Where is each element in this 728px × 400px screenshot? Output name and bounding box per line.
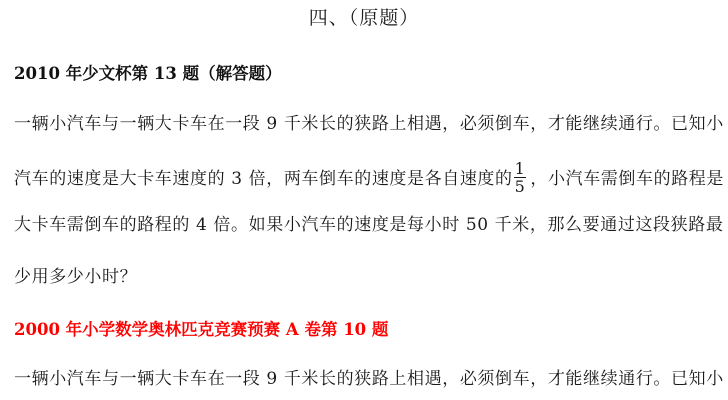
- document-page: 四、（原题） 2010 年少文杯第 13 题（解答题） 一辆小汽车与一辆大卡车在…: [0, 0, 728, 400]
- problem-text-line-with-fraction: 汽车的速度是大卡车速度的 3 倍，两车倒车的速度是各自速度的15，小汽车需倒车的…: [14, 162, 724, 197]
- fraction-denominator: 5: [514, 178, 527, 195]
- text-segment: ，小汽车需倒车的路程是: [530, 169, 724, 189]
- problem-heading-2000: 2000 年小学数学奥林匹克竞赛预赛 A 卷第 10 题: [14, 318, 388, 342]
- section-title: 四、（原题）: [0, 4, 728, 32]
- text-segment: 汽车的速度是大卡车速度的 3 倍，两车倒车的速度是各自速度的: [14, 169, 513, 189]
- problem-text-line: 一辆小汽车与一辆大卡车在一段 9 千米长的狭路上相遇，必须倒车，才能继续通行。已…: [14, 112, 724, 136]
- fraction-numerator: 1: [514, 160, 527, 178]
- problem-heading-2010: 2010 年少文杯第 13 题（解答题）: [14, 62, 282, 86]
- problem-text-line: 一辆小汽车与一辆大卡车在一段 9 千米长的狭路上相遇，必须倒车，才能继续通行。已…: [14, 367, 724, 391]
- problem-text-line: 少用多少小时？: [14, 265, 137, 289]
- problem-text-line: 大卡车需倒车的路程的 4 倍。如果小汽车的速度是每小时 50 千米，那么要通过这…: [14, 213, 723, 237]
- fraction-one-fifth: 15: [514, 160, 527, 195]
